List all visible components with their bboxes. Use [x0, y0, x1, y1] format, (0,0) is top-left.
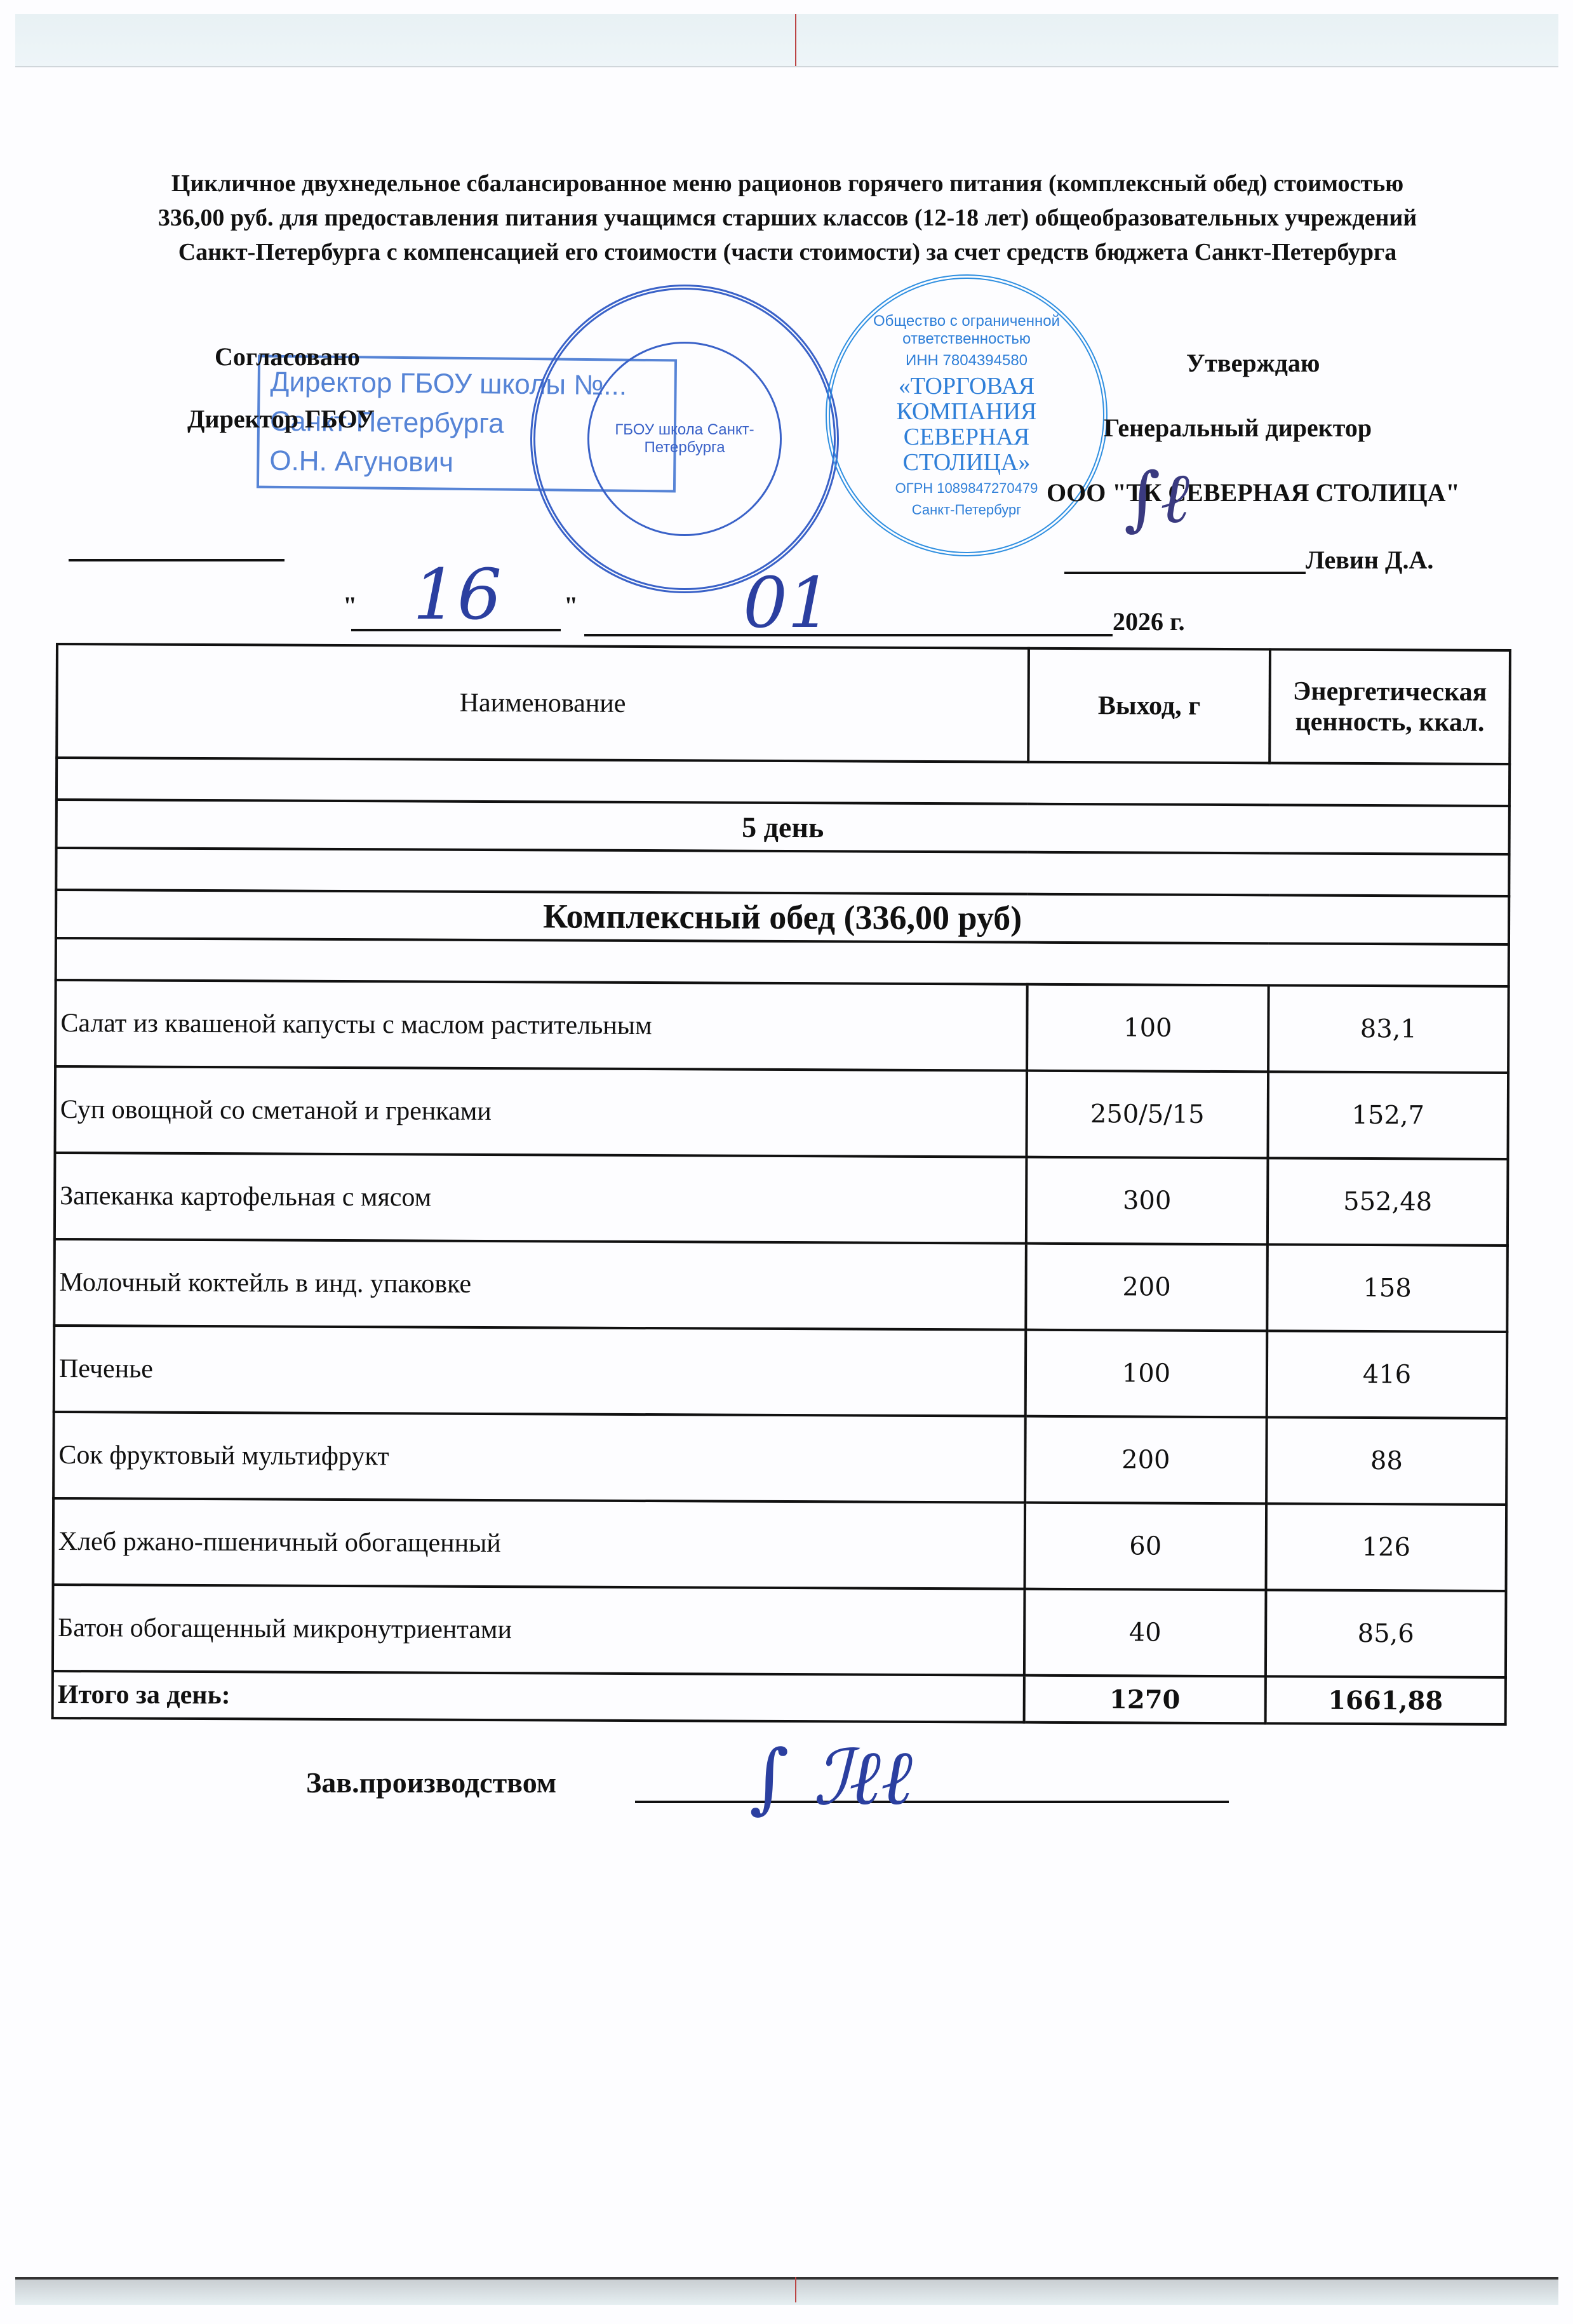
date-month-line	[584, 634, 1113, 636]
dish-energy: 85,6	[1266, 1590, 1506, 1677]
seal-name-line: СЕВЕРНАЯ	[904, 424, 1029, 450]
seal-text: ГБОУ школа Санкт-Петербурга	[589, 421, 780, 457]
dish-energy: 126	[1266, 1503, 1507, 1591]
table-header-row: Наименование Выход, г Энергетическая цен…	[57, 644, 1510, 764]
dish-energy: 416	[1267, 1331, 1508, 1418]
scanner-edge-top	[15, 14, 1558, 67]
dish-name: Суп овощной со сметаной и гренками	[55, 1066, 1027, 1157]
production-head-signature: ∫ ℐℓℓ	[749, 1734, 913, 1822]
meal-row: Комплексный обед (336,00 руб)	[56, 890, 1509, 944]
date-close-quote: "	[564, 591, 578, 621]
spacer-cell	[56, 848, 1509, 896]
date-day: 16	[413, 554, 502, 635]
table-row: Молочный коктейль в инд. упаковке 200 15…	[54, 1239, 1508, 1332]
seal-name-line: СТОЛИЦА»	[903, 450, 1031, 475]
spacer-row	[57, 758, 1509, 806]
dish-name: Батон обогащенный микронутриентами	[53, 1585, 1025, 1676]
day-row: 5 день	[57, 800, 1509, 854]
seal-inn: ИНН 7804394580	[906, 352, 1027, 370]
dish-output: 300	[1026, 1157, 1268, 1245]
director-signature: ∫ℓ	[1124, 457, 1189, 539]
date-month: 01	[743, 562, 832, 643]
date-open-quote: "	[343, 591, 357, 621]
dish-output: 100	[1026, 1330, 1268, 1418]
document-title: Цикличное двухнедельное сбалансированное…	[76, 166, 1499, 269]
dish-output: 250/5/15	[1026, 1071, 1268, 1159]
dish-name: Печенье	[54, 1326, 1026, 1416]
seal-name-line: КОМПАНИЯ	[897, 399, 1037, 424]
meal-label: Комплексный обед (336,00 руб)	[56, 890, 1509, 944]
seal-city: Санкт-Петербург	[912, 502, 1022, 518]
title-line: Санкт-Петербурга с компенсацией его стои…	[76, 235, 1499, 269]
fold-mark-bottom	[795, 2277, 796, 2302]
spacer-row	[56, 848, 1509, 896]
production-head-signature-line	[635, 1801, 1229, 1803]
title-line: Цикличное двухнедельное сбалансированное…	[76, 166, 1499, 201]
company-seal: Общество с ограниченной ответственностью…	[826, 274, 1108, 556]
day-label: 5 день	[57, 800, 1509, 854]
total-row: Итого за день: 1270 1661,88	[53, 1671, 1506, 1724]
table-row: Сок фруктовый мультифрукт 200 88	[53, 1412, 1507, 1505]
agreed-label: Согласовано	[215, 342, 360, 372]
header-name: Наименование	[57, 644, 1029, 762]
dish-name: Запеканка картофельная с мясом	[55, 1153, 1027, 1244]
table-row: Батон обогащенный микронутриентами 40 85…	[53, 1585, 1506, 1677]
left-position-label: Директор ГБОУ	[187, 404, 375, 434]
dish-name: Салат из квашеной капусты с маслом расти…	[55, 980, 1027, 1071]
dish-energy: 152,7	[1268, 1071, 1508, 1159]
date-year: 2026 г.	[1113, 607, 1185, 636]
coat-of-arms-icon: ГБОУ школа Санкт-Петербурга	[587, 342, 782, 536]
dish-output: 200	[1025, 1416, 1267, 1504]
production-head-label: Зав.производством	[306, 1766, 556, 1799]
total-output: 1270	[1024, 1676, 1266, 1724]
table-row: Салат из квашеной капусты с маслом расти…	[55, 980, 1509, 1073]
spacer-cell	[57, 758, 1509, 806]
dish-energy: 552,48	[1268, 1158, 1508, 1246]
header-energy: Энергетическая ценность, ккал.	[1269, 649, 1510, 764]
right-signature-line	[1064, 572, 1306, 574]
table-row: Хлеб ржано-пшеничный обогащенный 60 126	[53, 1498, 1507, 1591]
total-energy: 1661,88	[1266, 1676, 1506, 1724]
seal-ogrn: ОГРН 1089847270479	[895, 480, 1038, 497]
signer-name: Левин Д.А.	[1306, 545, 1433, 575]
school-seal: ГБОУ школа Санкт-Петербурга	[530, 285, 839, 593]
dish-name: Хлеб ржано-пшеничный обогащенный	[53, 1498, 1026, 1589]
left-signature-line	[69, 559, 284, 561]
spacer-cell	[56, 938, 1509, 986]
right-position-label: Генеральный директор	[1104, 413, 1372, 443]
header-output: Выход, г	[1028, 648, 1270, 763]
menu-table: Наименование Выход, г Энергетическая цен…	[51, 643, 1511, 1726]
table-row: Запеканка картофельная с мясом 300 552,4…	[55, 1153, 1508, 1246]
dish-energy: 83,1	[1268, 985, 1509, 1073]
company-name: ООО "ТК СЕВЕРНАЯ СТОЛИЦА"	[1047, 478, 1460, 507]
seal-name-line: «ТОРГОВАЯ	[899, 373, 1035, 399]
dish-output: 100	[1027, 984, 1269, 1072]
dish-output: 40	[1024, 1589, 1266, 1677]
table-row: Печенье 100 416	[54, 1326, 1508, 1418]
dish-energy: 158	[1267, 1244, 1508, 1332]
dish-output: 60	[1025, 1503, 1267, 1590]
fold-mark-top	[795, 14, 796, 66]
dish-name: Сок фруктовый мультифрукт	[53, 1412, 1026, 1503]
dish-energy: 88	[1266, 1417, 1507, 1505]
seal-ring-text: Общество с ограниченной ответственностью	[830, 312, 1103, 348]
dish-name: Молочный коктейль в инд. упаковке	[54, 1239, 1026, 1330]
title-line: 336,00 руб. для предоставления питания у…	[76, 201, 1499, 235]
dish-output: 200	[1026, 1244, 1268, 1331]
scanner-edge-bottom	[15, 2277, 1558, 2305]
spacer-row	[56, 938, 1509, 986]
table-row: Суп овощной со сметаной и гренками 250/5…	[55, 1066, 1508, 1159]
total-label: Итого за день:	[53, 1671, 1024, 1723]
approve-label: Утверждаю	[1186, 348, 1320, 378]
